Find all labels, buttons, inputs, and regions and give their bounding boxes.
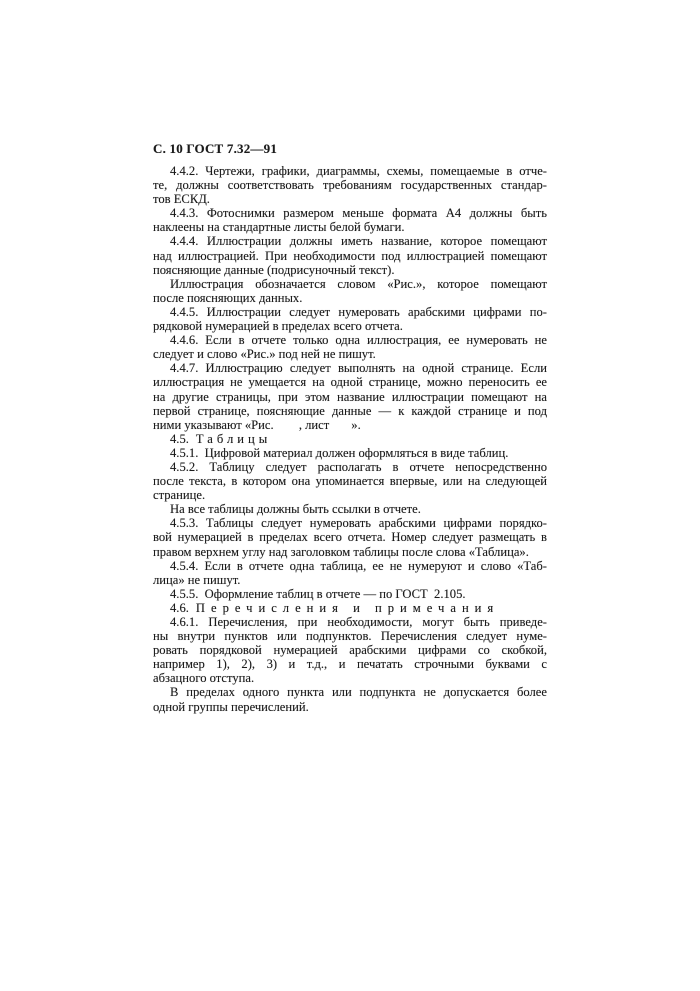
text-line: 4.4.6. Если в отчете только одна иллюстр… — [153, 333, 547, 347]
text-line: 4.4.4. Иллюстрации должны иметь название… — [153, 234, 547, 248]
text-line: 4.5.1. Цифровой материал должен оформлят… — [153, 446, 547, 460]
section-number: 4.6. — [170, 601, 189, 615]
text-line: вой нумерацией в пределах всего отчета. … — [153, 530, 547, 544]
paragraph-4-4-3: 4.4.3. Фотоснимки размером меньше формат… — [153, 206, 547, 234]
paragraph-4-6-1: 4.6.1. Перечисления, при необходимости, … — [153, 615, 547, 685]
text-line: 4.5.3. Таблицы следует нумеровать арабск… — [153, 516, 547, 530]
paragraph-4-5-1: 4.5.1. Цифровой материал должен оформлят… — [153, 446, 547, 460]
text-line: на другие страницы, при этом название ил… — [153, 390, 547, 404]
text-line: 4.4.3. Фотоснимки размером меньше формат… — [153, 206, 547, 220]
text-line: поясняющие данные (подрисуночный текст). — [153, 263, 547, 277]
text-line: тов ЕСКД. — [153, 192, 547, 206]
text-line: правом верхнем углу над заголовком табли… — [153, 545, 547, 559]
text-line: те, должны соответствовать требованиям г… — [153, 178, 547, 192]
text-line: следует и слово «Рис.» под ней не пишут. — [153, 347, 547, 361]
text-line: рядковой нумерацией в пределах всего отч… — [153, 319, 547, 333]
paragraph-4-4-2: 4.4.2. Чертежи, графики, диаграммы, схем… — [153, 164, 547, 206]
text-line: 4.5.4. Если в отчете одна таблица, ее не… — [153, 559, 547, 573]
paragraph-4-4-7: 4.4.7. Иллюстрацию следует выполнять на … — [153, 361, 547, 431]
text-line: 4.4.2. Чертежи, графики, диаграммы, схем… — [153, 164, 547, 178]
paragraph-4-4-5: 4.4.5. Иллюстрации следует нумеровать ар… — [153, 305, 547, 333]
text-line: 4.6.1. Перечисления, при необходимости, … — [153, 615, 547, 629]
paragraph-illustration-note: Иллюстрация обозначается словом «Рис.», … — [153, 277, 547, 305]
document-page: С. 10 ГОСТ 7.32—91 4.4.2. Чертежи, графи… — [0, 0, 700, 991]
section-number: 4.5. — [170, 432, 189, 446]
text-line: первой странице, поясняющие данные — к к… — [153, 404, 547, 418]
text-line: 4.5.2. Таблицу следует располагать в отч… — [153, 460, 547, 474]
paragraph-tables-note: На все таблицы должны быть ссылки в отче… — [153, 502, 547, 516]
text-line: абзацного отступа. — [153, 671, 547, 685]
paragraph-4-5-3: 4.5.3. Таблицы следует нумеровать арабск… — [153, 516, 547, 558]
text-line: В пределах одного пункта или подпункта н… — [153, 685, 547, 699]
text-line: например 1), 2), 3) и т.д., и печатать с… — [153, 657, 547, 671]
text-line: ровать порядковой нумерацией арабскими ц… — [153, 643, 547, 657]
text-line: ними указывают «Рис. , лист ». — [153, 418, 547, 432]
paragraph-enumerations-note: В пределах одного пункта или подпункта н… — [153, 685, 547, 713]
text-line: На все таблицы должны быть ссылки в отче… — [153, 502, 547, 516]
text-line: странице. — [153, 488, 547, 502]
paragraph-4-5-5: 4.5.5. Оформление таблиц в отчете — по Г… — [153, 587, 547, 601]
text-line: Иллюстрация обозначается словом «Рис.», … — [153, 277, 547, 291]
text-line: 4.5.5. Оформление таблиц в отчете — по Г… — [153, 587, 547, 601]
text-line: ны внутри пунктов или подпунктов. Перечи… — [153, 629, 547, 643]
paragraph-4-5-2: 4.5.2. Таблицу следует располагать в отч… — [153, 460, 547, 502]
text-line: лица» не пишут. — [153, 573, 547, 587]
text-line: 4.4.5. Иллюстрации следует нумеровать ар… — [153, 305, 547, 319]
paragraph-4-5-4: 4.5.4. Если в отчете одна таблица, ее не… — [153, 559, 547, 587]
section-heading-enumerations: 4.6.Перечисления и примечания — [153, 601, 547, 615]
section-heading-tables: 4.5.Таблицы — [153, 432, 547, 446]
document-body: 4.4.2. Чертежи, графики, диаграммы, схем… — [153, 164, 547, 714]
text-line: одной группы перечислений. — [153, 700, 547, 714]
text-line: над иллюстрацией. При необходимости под … — [153, 249, 547, 263]
paragraph-4-4-6: 4.4.6. Если в отчете только одна иллюстр… — [153, 333, 547, 361]
text-line: 4.4.7. Иллюстрацию следует выполнять на … — [153, 361, 547, 375]
text-line: иллюстрация не умещается на одной страни… — [153, 375, 547, 389]
paragraph-4-4-4: 4.4.4. Иллюстрации должны иметь название… — [153, 234, 547, 276]
section-title: Перечисления и примечания — [196, 601, 499, 615]
page-header: С. 10 ГОСТ 7.32—91 — [153, 141, 547, 157]
text-line: после текста, в котором она упоминается … — [153, 474, 547, 488]
text-line: после поясняющих данных. — [153, 291, 547, 305]
section-title: Таблицы — [196, 432, 271, 446]
text-line: наклеены на стандартные листы белой бума… — [153, 220, 547, 234]
